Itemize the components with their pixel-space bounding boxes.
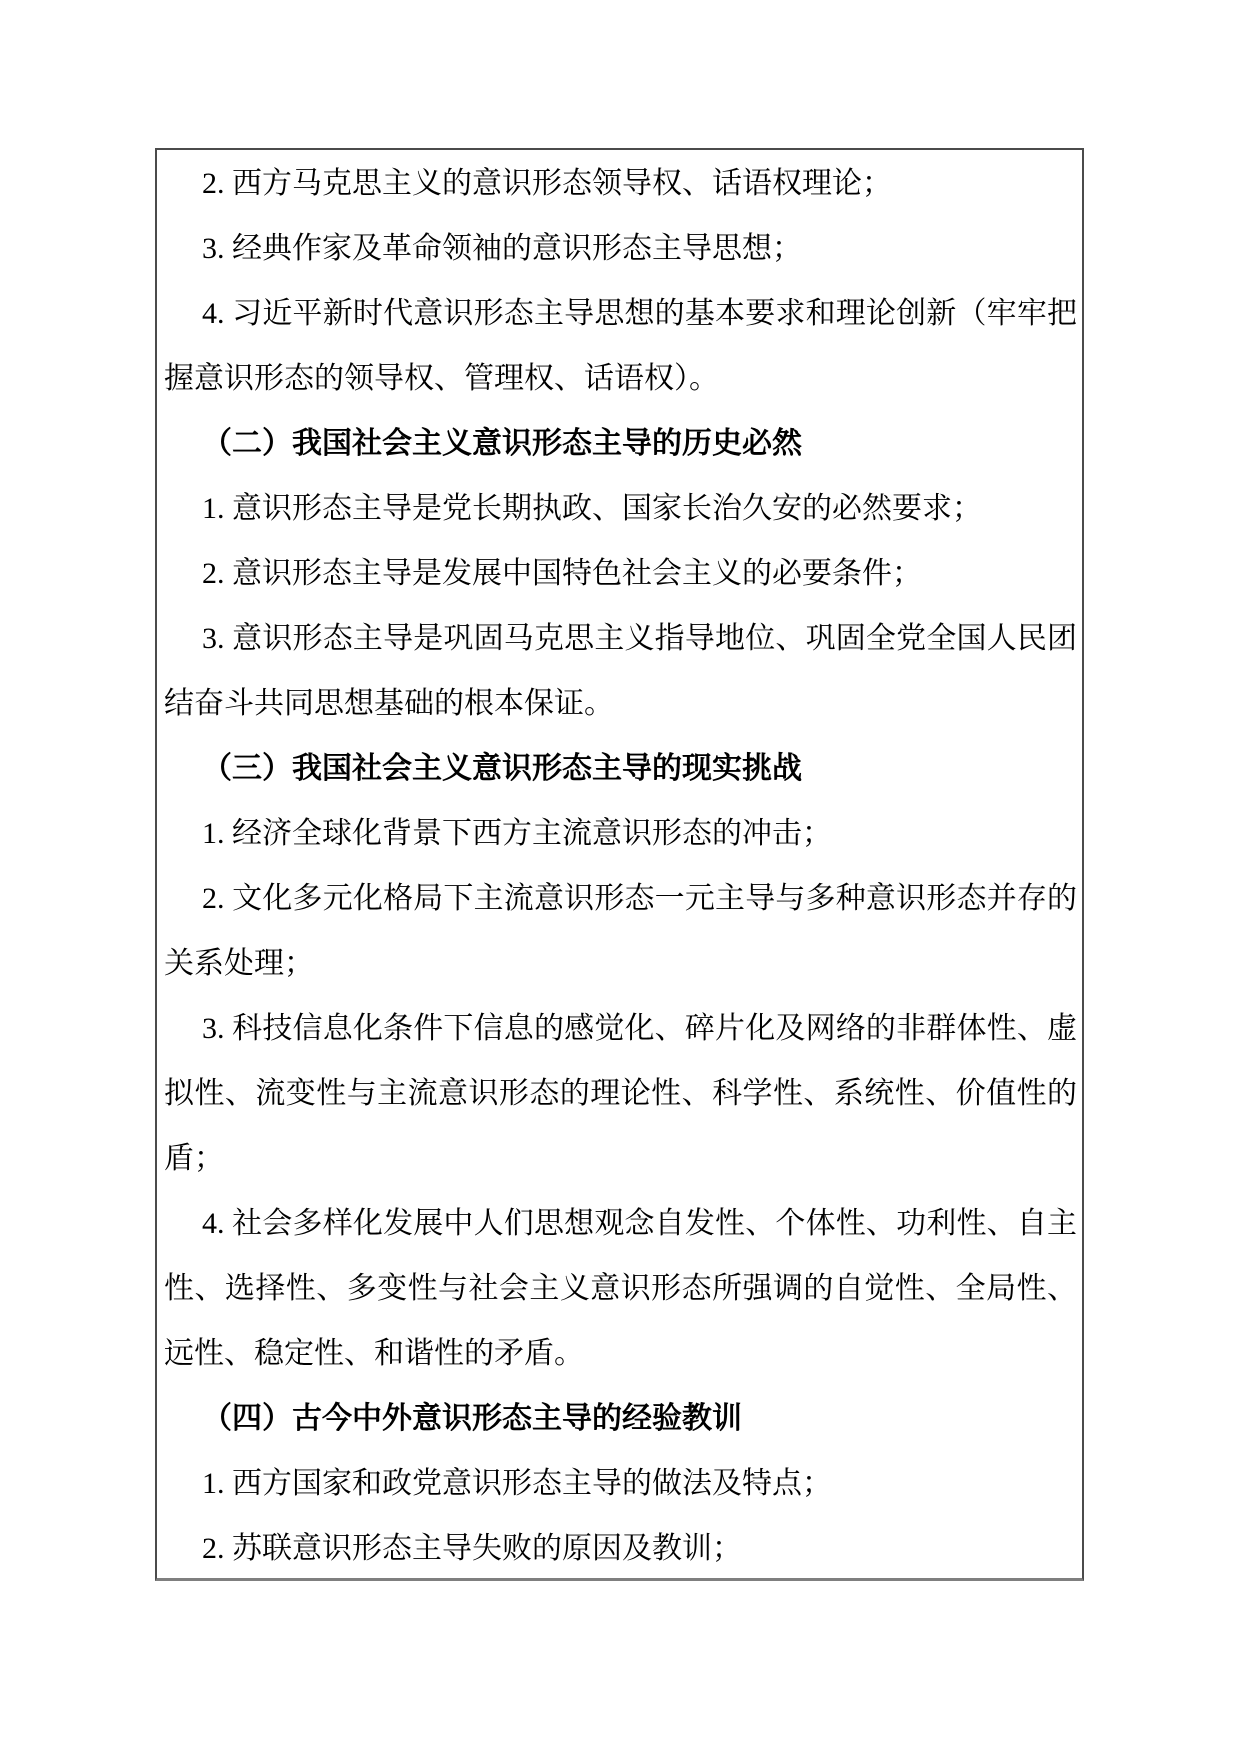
paragraph: 1. 意识形态主导是党长期执政、国家长治久安的必然要求； xyxy=(164,476,1077,541)
text-line: 4. 社会多样化发展中人们思想观念自发性、个体性、功利性、自主 xyxy=(164,1191,1077,1256)
paragraph: 3. 经典作家及革命领袖的意识形态主导思想； xyxy=(164,216,1077,281)
text-line: 结奋斗共同思想基础的根本保证。 xyxy=(164,671,1077,736)
content-table-cell: 2. 西方马克思主义的意识形态领导权、话语权理论；3. 经典作家及革命领袖的意识… xyxy=(155,148,1084,1581)
paragraph: 1. 经济全球化背景下西方主流意识形态的冲击； xyxy=(164,801,1077,866)
document-page: 2. 西方马克思主义的意识形态领导权、话语权理论；3. 经典作家及革命领袖的意识… xyxy=(0,0,1240,1753)
section-heading-line: （四）古今中外意识形态主导的经验教训 xyxy=(164,1386,1077,1451)
text-line: 拟性、流变性与主流意识形态的理论性、科学性、系统性、价值性的矛 xyxy=(164,1061,1077,1126)
text-line: 1. 经济全球化背景下西方主流意识形态的冲击； xyxy=(164,801,1077,866)
text-line: 1. 西方国家和政党意识形态主导的做法及特点； xyxy=(164,1451,1077,1516)
section-heading: （三）我国社会主义意识形态主导的现实挑战 xyxy=(164,736,1077,801)
text-line: 2. 西方马克思主义的意识形态领导权、话语权理论； xyxy=(164,151,1077,216)
paragraph: 3. 科技信息化条件下信息的感觉化、碎片化及网络的非群体性、虚拟性、流变性与主流… xyxy=(164,996,1077,1191)
paragraph: 4. 习近平新时代意识形态主导思想的基本要求和理论创新（牢牢把握意识形态的领导权… xyxy=(164,281,1077,411)
paragraph: 2. 文化多元化格局下主流意识形态一元主导与多种意识形态并存的关系处理； xyxy=(164,866,1077,996)
text-line: 2. 苏联意识形态主导失败的原因及教训； xyxy=(164,1516,1077,1581)
text-line: 3. 意识形态主导是巩固马克思主义指导地位、巩固全党全国人民团 xyxy=(164,606,1077,671)
paragraph: 3. 意识形态主导是巩固马克思主义指导地位、巩固全党全国人民团结奋斗共同思想基础… xyxy=(164,606,1077,736)
text-line: 3. 经典作家及革命领袖的意识形态主导思想； xyxy=(164,216,1077,281)
paragraph: 1. 西方国家和政党意识形态主导的做法及特点； xyxy=(164,1451,1077,1516)
text-line: 性、选择性、多变性与社会主义意识形态所强调的自觉性、全局性、长 xyxy=(164,1256,1077,1321)
paragraph: 2. 意识形态主导是发展中国特色社会主义的必要条件； xyxy=(164,541,1077,606)
text-line: 远性、稳定性、和谐性的矛盾。 xyxy=(164,1321,1077,1386)
text-line: 关系处理； xyxy=(164,931,1077,996)
text-line: 4. 习近平新时代意识形态主导思想的基本要求和理论创新（牢牢把 xyxy=(164,281,1077,346)
text-line: 握意识形态的领导权、管理权、话语权）。 xyxy=(164,346,1077,411)
section-heading: （二）我国社会主义意识形态主导的历史必然 xyxy=(164,411,1077,476)
text-line: 1. 意识形态主导是党长期执政、国家长治久安的必然要求； xyxy=(164,476,1077,541)
section-heading-line: （三）我国社会主义意识形态主导的现实挑战 xyxy=(164,736,1077,801)
text-line: 2. 意识形态主导是发展中国特色社会主义的必要条件； xyxy=(164,541,1077,606)
paragraph: 2. 西方马克思主义的意识形态领导权、话语权理论； xyxy=(164,151,1077,216)
paragraph: 4. 社会多样化发展中人们思想观念自发性、个体性、功利性、自主性、选择性、多变性… xyxy=(164,1191,1077,1386)
paragraph: 2. 苏联意识形态主导失败的原因及教训； xyxy=(164,1516,1077,1581)
section-heading-line: （二）我国社会主义意识形态主导的历史必然 xyxy=(164,411,1077,476)
text-line: 盾； xyxy=(164,1126,1077,1191)
text-line: 2. 文化多元化格局下主流意识形态一元主导与多种意识形态并存的 xyxy=(164,866,1077,931)
text-line: 3. 科技信息化条件下信息的感觉化、碎片化及网络的非群体性、虚 xyxy=(164,996,1077,1061)
section-heading: （四）古今中外意识形态主导的经验教训 xyxy=(164,1386,1077,1451)
